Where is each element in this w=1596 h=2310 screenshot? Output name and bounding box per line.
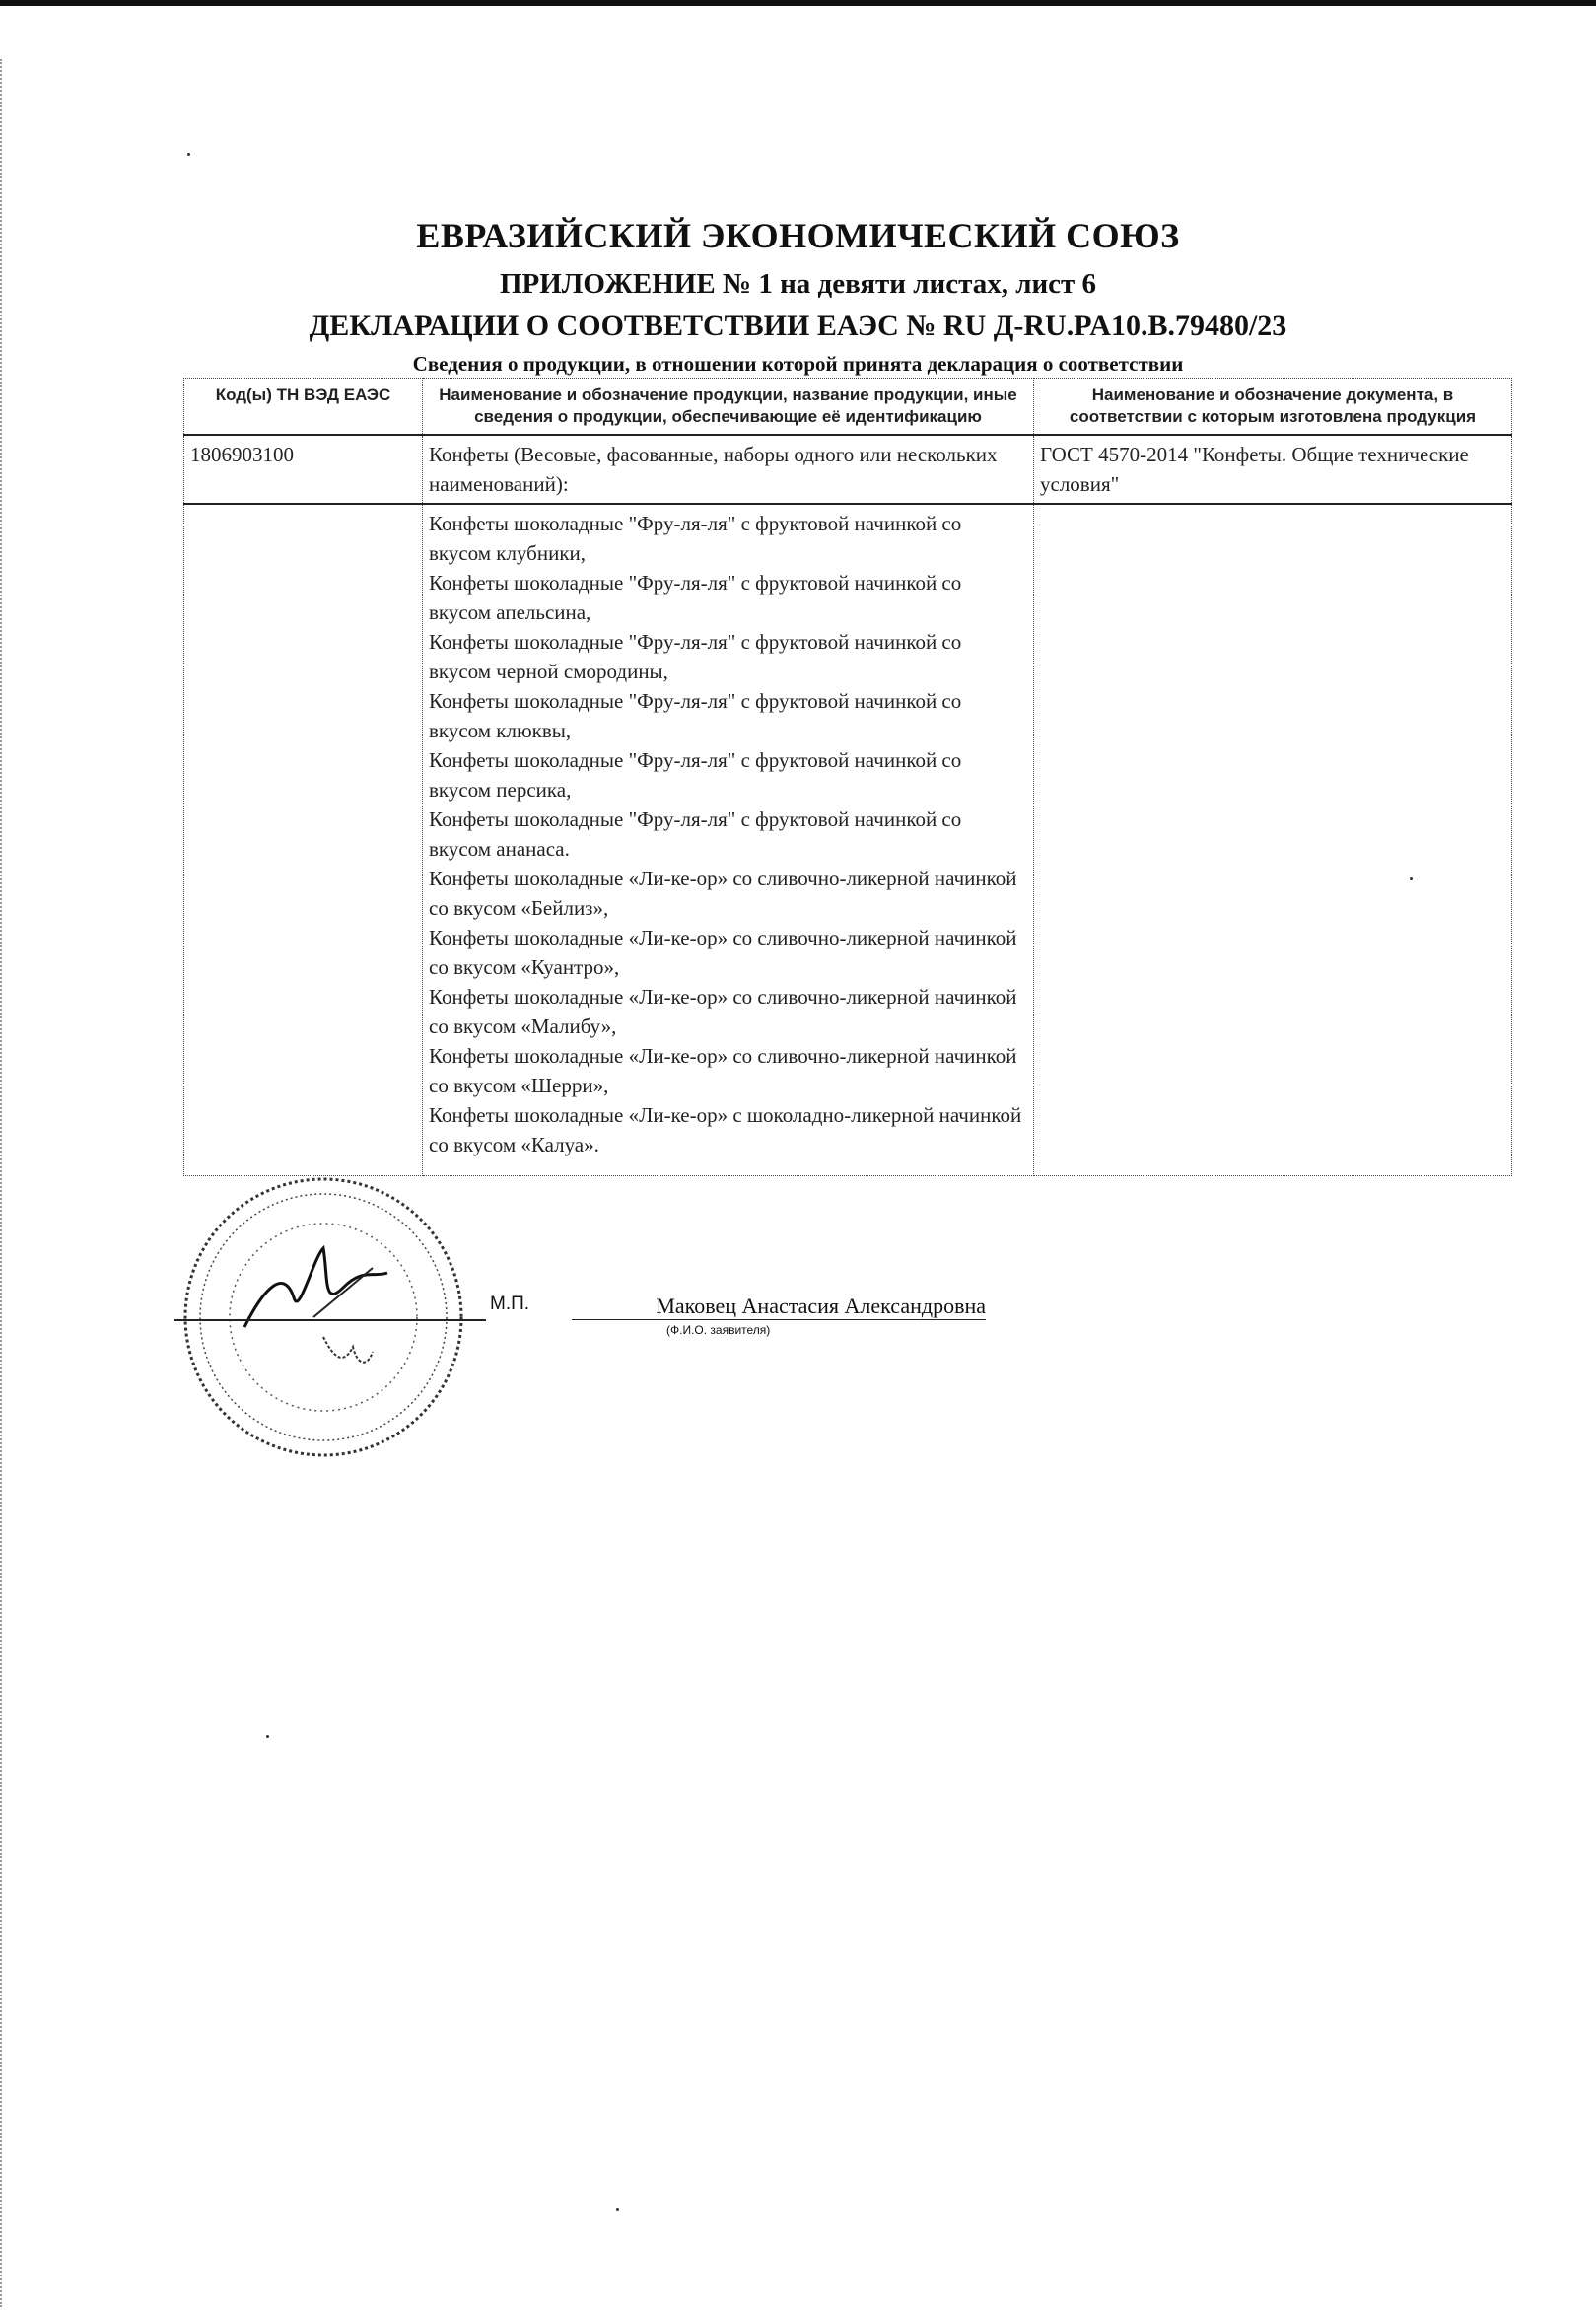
cell-document: ГОСТ 4570-2014 "Конфеты. Общие техническ… xyxy=(1034,435,1512,504)
stamp-place-label: М.П. xyxy=(490,1294,529,1315)
cell-code-empty xyxy=(184,504,423,1176)
scan-speck xyxy=(187,153,190,156)
table-subtitle: Сведения о продукции, в отношении которо… xyxy=(0,352,1596,377)
list-item: Конфеты шоколадные «Ли-ке-ор» со сливочн… xyxy=(429,864,1027,923)
list-item: Конфеты шоколадные «Ли-ке-ор» со сливочн… xyxy=(429,982,1027,1041)
seal-stamp-icon xyxy=(175,1169,481,1465)
column-header-document: Наименование и обозначение документа, в … xyxy=(1034,379,1512,436)
column-header-product: Наименование и обозначение продукции, на… xyxy=(423,379,1034,436)
union-title: ЕВРАЗИЙСКИЙ ЭКОНОМИЧЕСКИЙ СОЮЗ xyxy=(0,215,1596,256)
appendix-title: ПРИЛОЖЕНИЕ № 1 на девяти листах, лист 6 xyxy=(0,268,1596,301)
list-item: Конфеты шоколадные «Ли-ке-ор» с шоколадн… xyxy=(429,1100,1027,1159)
list-item: Конфеты шоколадные "Фру-ля-ля" с фруктов… xyxy=(429,686,1027,745)
product-table: Код(ы) ТН ВЭД ЕАЭС Наименование и обозна… xyxy=(183,378,1512,1176)
applicant-name: Маковец Анастасия Александровна xyxy=(572,1294,986,1320)
list-item: Конфеты шоколадные "Фру-ля-ля" с фруктов… xyxy=(429,568,1027,627)
cell-document-empty xyxy=(1034,504,1512,1176)
table-row: 1806903100 Конфеты (Весовые, фасованные,… xyxy=(184,435,1512,504)
table-row: Конфеты шоколадные "Фру-ля-ля" с фруктов… xyxy=(184,504,1512,1176)
scan-speck xyxy=(1410,877,1413,880)
signature-line xyxy=(174,1319,486,1321)
scan-left-edge xyxy=(0,59,4,2307)
cell-code: 1806903100 xyxy=(184,435,423,504)
list-item: Конфеты шоколадные «Ли-ке-ор» со сливочн… xyxy=(429,923,1027,982)
list-item: Конфеты шоколадные "Фру-ля-ля" с фруктов… xyxy=(429,627,1027,686)
cell-product-list: Конфеты шоколадные "Фру-ля-ля" с фруктов… xyxy=(423,504,1034,1176)
table-header-row: Код(ы) ТН ВЭД ЕАЭС Наименование и обозна… xyxy=(184,379,1512,436)
cell-product: Конфеты (Весовые, фасованные, наборы одн… xyxy=(423,435,1034,504)
list-item: Конфеты шоколадные "Фру-ля-ля" с фруктов… xyxy=(429,509,1027,568)
list-item: Конфеты шоколадные "Фру-ля-ля" с фруктов… xyxy=(429,805,1027,864)
list-item: Конфеты шоколадные "Фру-ля-ля" с фруктов… xyxy=(429,745,1027,805)
list-item: Конфеты шоколадные «Ли-ке-ор» со сливочн… xyxy=(429,1041,1027,1100)
scan-top-border xyxy=(0,0,1596,6)
scan-speck xyxy=(266,1735,269,1738)
scan-speck xyxy=(616,2208,619,2211)
applicant-caption: (Ф.И.О. заявителя) xyxy=(666,1323,770,1337)
declaration-number: ДЕКЛАРАЦИИ О СООТВЕТСТВИИ ЕАЭС № RU Д-RU… xyxy=(0,310,1596,343)
column-header-code: Код(ы) ТН ВЭД ЕАЭС xyxy=(184,379,423,436)
